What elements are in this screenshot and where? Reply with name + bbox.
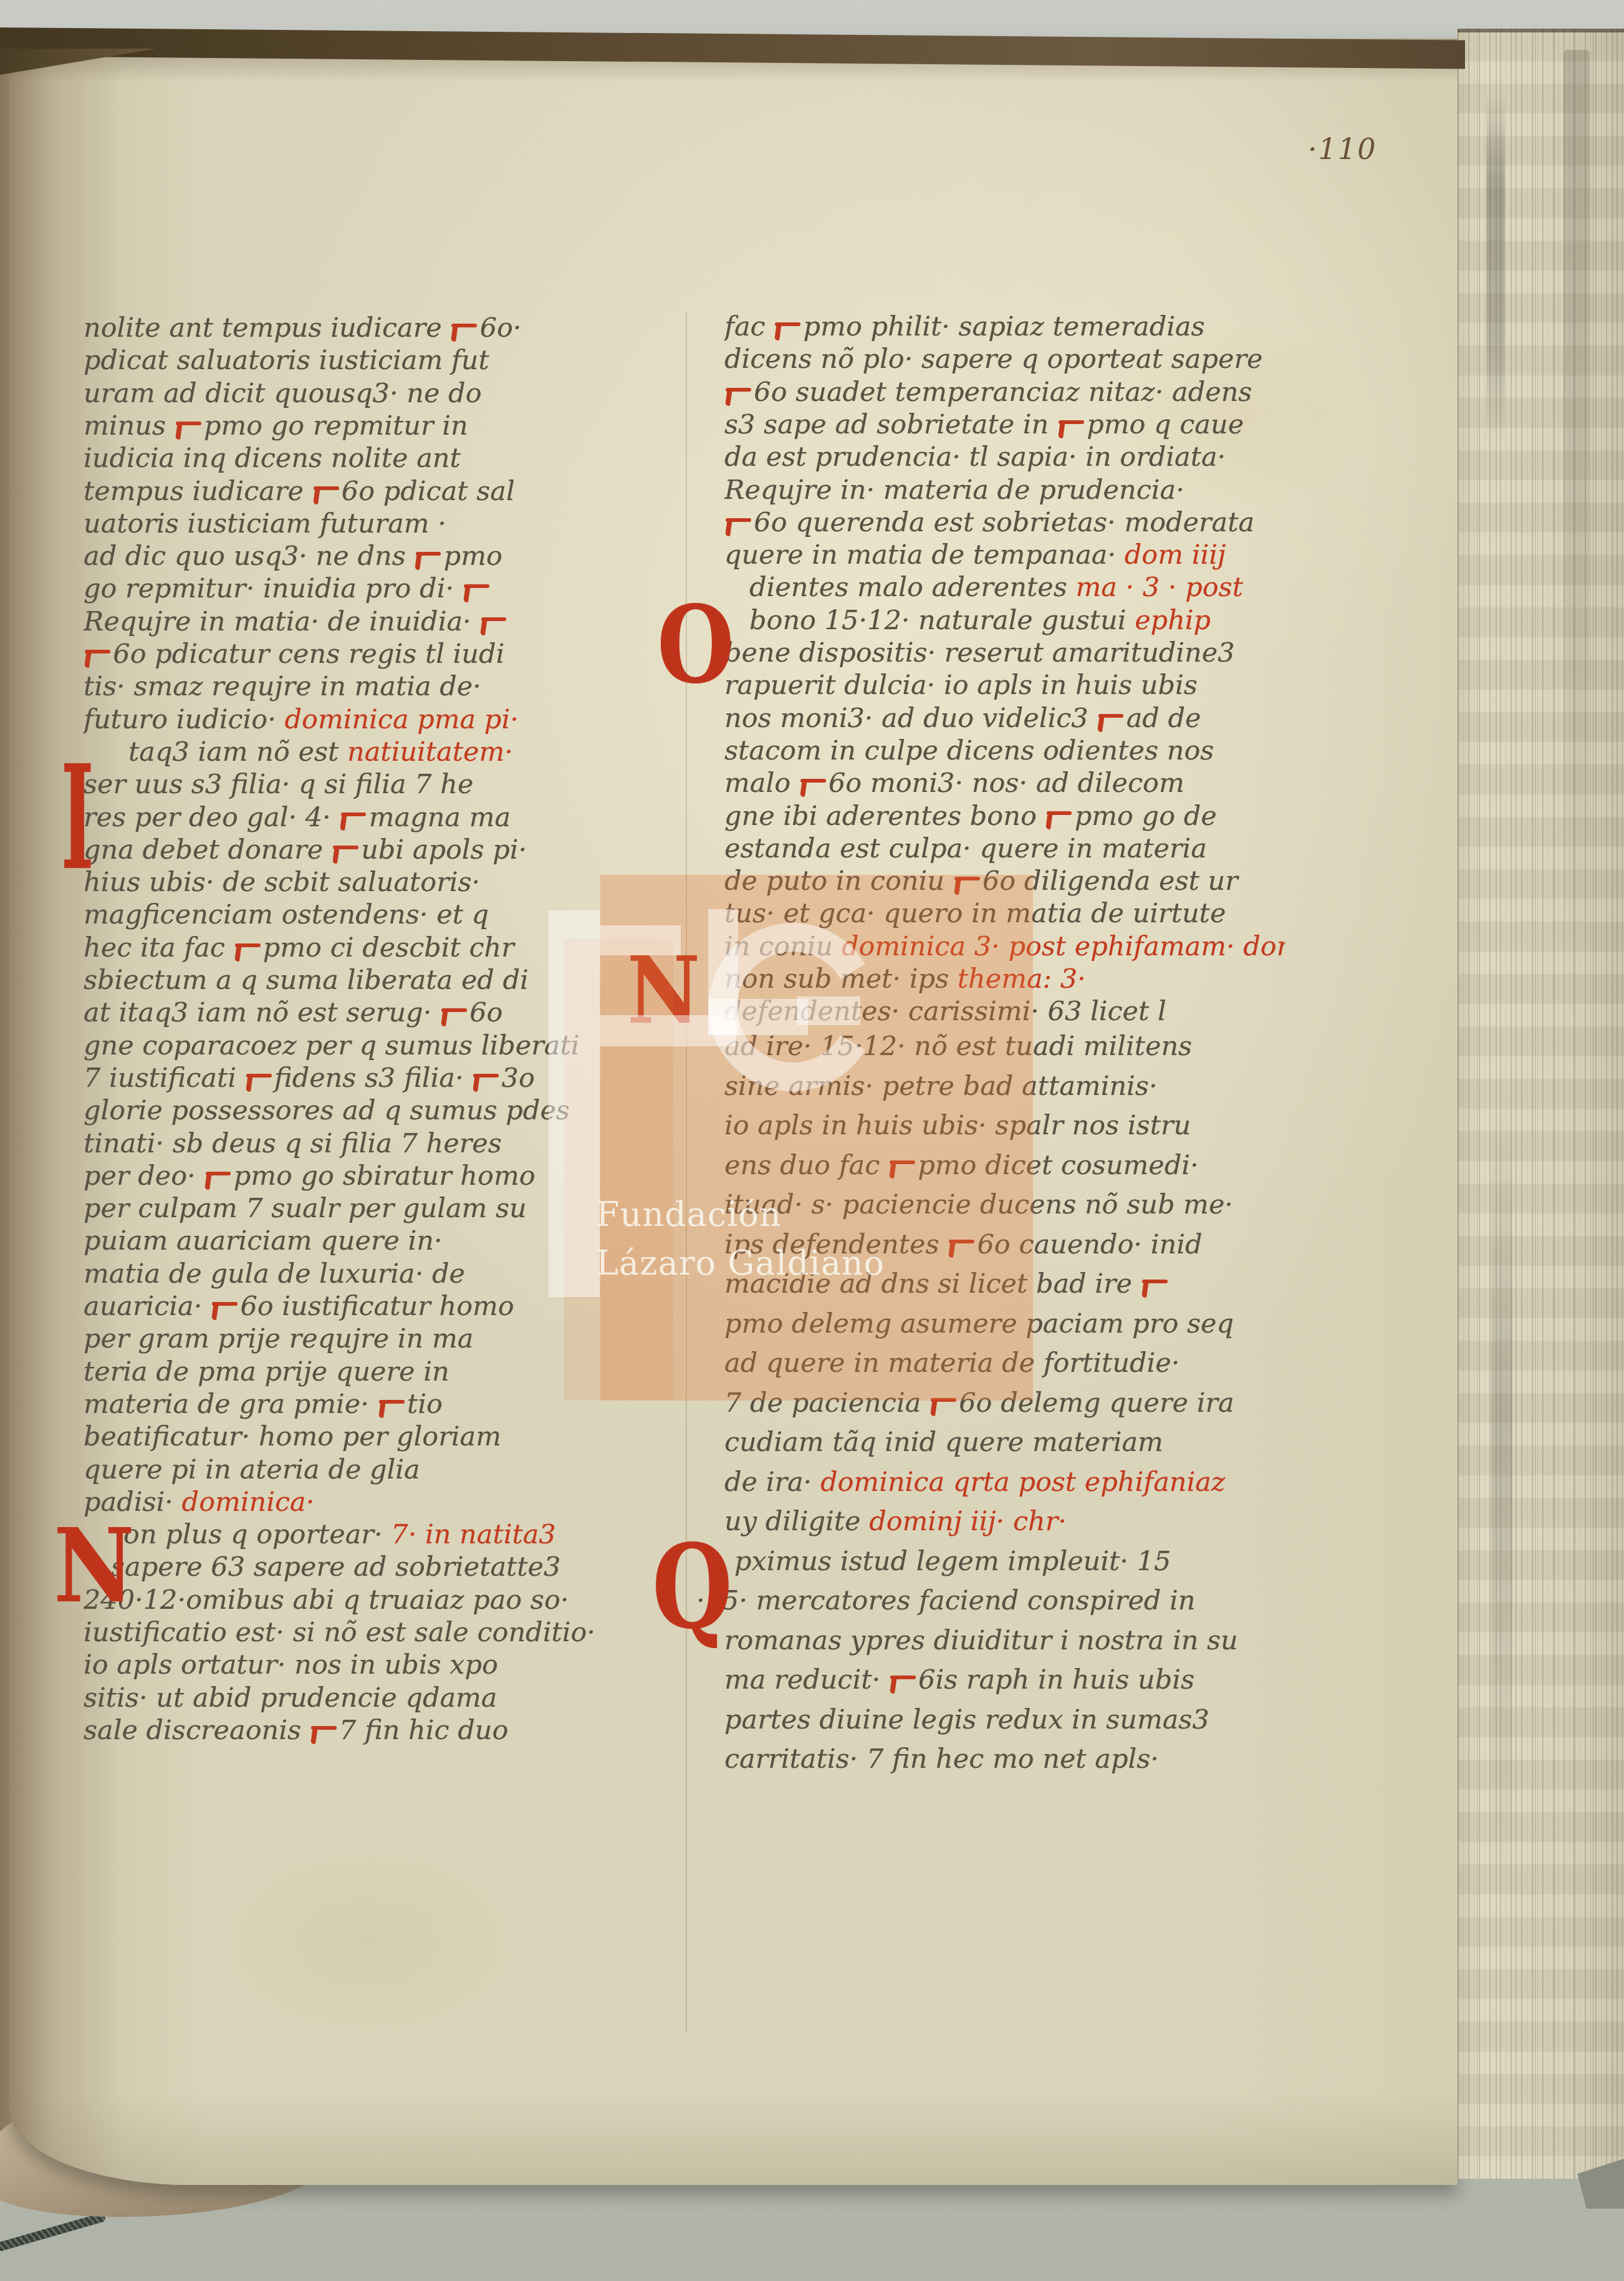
fore-edge-dark-streak (1564, 50, 1590, 985)
pilcrow-rubric-icon (890, 1160, 915, 1175)
ink-text: hec ita fac (84, 932, 234, 963)
ink-text: pmo go repmitur in (204, 410, 468, 441)
ink-text: 6o diligenda est ur (983, 866, 1238, 897)
manuscript-line: materia de gra pmie· tio (84, 1388, 645, 1420)
pilcrow-rubric-icon (726, 518, 751, 533)
ink-text: 6o iustificatur homo (240, 1291, 514, 1322)
ink-text: carritatis· 7 fin hec mo net apls· (724, 1743, 1159, 1775)
ink-text: stacom in culpe dicens odientes nos (724, 735, 1214, 766)
pilcrow-rubric-icon (311, 1726, 337, 1741)
ink-text: uatoris iusticiam futuram · (84, 508, 446, 539)
ink-text: tempus iudicare (84, 476, 312, 507)
ink-text: on plus q oportear· (123, 1519, 383, 1551)
pilcrow-rubric-icon (954, 877, 980, 892)
fore-edge-top-line (1458, 29, 1624, 32)
ink-text: sapere 63 sapere ad sobrietatte3 (111, 1551, 560, 1583)
pilcrow-rubric-icon (1098, 714, 1124, 729)
manuscript-line: minus pmo go repmitur in (84, 410, 645, 442)
manuscript-line: quere pi in ateria de glia (84, 1454, 645, 1486)
ink-text: in coniu (724, 931, 842, 962)
pilcrow-rubric-icon (176, 422, 201, 436)
ink-text: per gram prije requjre in ma (84, 1323, 473, 1354)
ink-text: 6o delemg quere ira (959, 1387, 1234, 1419)
manuscript-line: pximus istud legem impleuit· 15 (734, 1545, 1285, 1578)
manuscript-line: padisi· dominica· (84, 1486, 645, 1518)
ink-text: in matia· de inuidia· (191, 606, 479, 637)
ink-text: ubi apols pi· (361, 834, 527, 866)
manuscript-line: per culpam 7 sualr per gulam su (84, 1192, 645, 1225)
manuscript-line: tempus iudicare 6o pdicat sal (84, 475, 645, 508)
ink-text: de puto in coniu (724, 866, 953, 897)
ink-text: estanda est culpa· quere in materia (724, 833, 1207, 864)
folio-number: ·110 (1308, 132, 1377, 166)
ink-text: go repmitur· inuidia pro di· (84, 573, 463, 604)
ink-text: hius ubis· de scbit saluatoris· (84, 867, 480, 898)
rubric-text: dominica pma pi· (284, 704, 518, 735)
ink-text: 6o· (480, 312, 522, 344)
manuscript-line: ens duo fac pmo dicet cosumedi· (724, 1149, 1285, 1182)
ink-text: minus (84, 410, 175, 441)
manuscript-line: sapere 63 sapere ad sobrietatte3 (111, 1551, 645, 1583)
rubric-text: ma · 3 · post (1075, 572, 1243, 603)
pilcrow-rubric-icon (85, 650, 110, 665)
ink-text: iudicia inq dicens nolite ant (84, 443, 461, 474)
manuscript-line: sale discreaonis 7 fin hic duo (84, 1714, 645, 1747)
manuscript-line: ·15· mercatores faciend conspired in (696, 1584, 1285, 1617)
manuscript-line: da est prudencia· tl sapia· in ordiata· (724, 441, 1285, 473)
manuscript-line: 240·12·omibus abi q truaiaz pao so· (84, 1584, 645, 1616)
pilcrow-rubric-icon (314, 486, 339, 501)
ink-text: sine armis· petre bad attaminis· (724, 1071, 1158, 1102)
ink-text: pmo philit· sapiaz temeradias (804, 311, 1205, 342)
manuscript-line: per gram prije requjre in ma (84, 1323, 645, 1355)
ink-text: magna ma (369, 802, 511, 833)
fore-edge-dark-streak (1491, 1091, 1512, 1902)
manuscript-line: sine armis· petre bad attaminis· (724, 1070, 1285, 1102)
ink-text: tus· et gca· quero in matia de uirtute (724, 898, 1226, 929)
ink-text: rapuerit dulcia· io apls in huis ubis (724, 670, 1198, 701)
red-initial-letter: N (54, 1515, 135, 1617)
ink-text: sitis· ut abid prudencie qdama (84, 1682, 497, 1714)
ink-text: non sub met· ips (724, 963, 958, 995)
ink-text: 3o (502, 1063, 535, 1094)
manuscript-line: partes diuine legis redux in sumas3 (724, 1704, 1285, 1736)
ink-text: glorie possessores ad q sumus pdes (84, 1095, 570, 1126)
manuscript-line: gna debet donare ubi apols pi· (84, 834, 645, 866)
manuscript-line: carritatis· 7 fin hec mo net apls· (724, 1743, 1285, 1775)
ink-text: magficenciam ostendens· et q (84, 899, 489, 930)
ink-text: ad de (1127, 703, 1201, 734)
manuscript-line: res per deo gal· 4· magna ma (84, 801, 645, 834)
ink-text: gne coparacoez per q sumus liberati (84, 1030, 579, 1061)
rubric-text: thema: 3· (958, 963, 1086, 995)
ink-text: at itaq3 iam nõ est serug· (84, 997, 440, 1028)
manuscript-line: sbiectum a q suma liberata ed di (84, 964, 645, 996)
red-initial-letter: N (627, 945, 700, 1037)
pilcrow-rubric-icon (206, 1172, 231, 1187)
manuscript-line: de ira· dominica qrta post ephifaniaz (724, 1466, 1285, 1498)
ink-text: quere pi in ateria de glia (84, 1454, 420, 1485)
pilcrow-rubric-icon (931, 1398, 956, 1413)
ink-text: pmo delemg asumere paciam pro seq (724, 1308, 1234, 1339)
manuscript-line: estanda est culpa· quere in materia (724, 832, 1285, 865)
ink-text: matia de gula de luxuria· de (84, 1258, 465, 1290)
pilcrow-rubric-icon (212, 1302, 238, 1317)
ink-text: 6o querenda est sobrietas· moderata (754, 507, 1254, 538)
manuscript-line: 7 iustificati fidens s3 filia· 3o (84, 1062, 645, 1094)
ink-text: 6o pdicatur cens regis tl iudi (113, 639, 504, 670)
manuscript-line: quere in matia de tempanaa· dom iiij (724, 539, 1285, 571)
manuscript-line: bene dispositis· reserut amaritudine3 (724, 637, 1285, 669)
manuscript-line: matia de gula de luxuria· de (84, 1258, 645, 1290)
manuscript-line: fac pmo philit· sapiaz temeradias (724, 311, 1285, 343)
manuscript-line: nos moni3· ad duo videlic3 ad de (724, 702, 1285, 735)
pilcrow-rubric-icon (379, 1400, 405, 1415)
ink-text: malo (724, 768, 799, 799)
ink-text: pmo go de (1075, 801, 1217, 832)
manuscript-line: ser uus s3 filia· q si filia 7 he (84, 768, 645, 801)
ink-text: 7 iustificati (84, 1063, 245, 1094)
ink-text: in· materia de prudencia· (832, 475, 1184, 506)
ink-text: da est prudencia· tl sapia· in ordiata· (724, 441, 1226, 473)
manuscript-line: malo 6o moni3· nos· ad dilecom (724, 767, 1285, 799)
ink-text: taq3 iam nõ est (128, 736, 347, 768)
manuscript-line: stacom in culpe dicens odientes nos (724, 735, 1285, 767)
manuscript-line: magficenciam ostendens· et q (84, 899, 645, 931)
ink-text: io apls ortatur· nos in ubis xpo (84, 1649, 498, 1681)
ink-text: fac (724, 311, 774, 342)
pilcrow-rubric-icon (800, 779, 826, 794)
ink-text: io apls in huis ubis· spalr nos istru (724, 1110, 1191, 1141)
ink-text: pmo ci descbit chr (263, 932, 514, 963)
pilcrow-rubric-icon (235, 943, 261, 958)
ink-text: ad ire· 15·12· nõ est tuadi militens (724, 1031, 1192, 1062)
manuscript-line: 6o pdicatur cens regis tl iudi (84, 638, 645, 670)
manuscript-line: defendentes· carissimi· 63 licet l (724, 995, 1285, 1028)
pilcrow-rubric-icon (949, 1240, 974, 1255)
manuscript-line: in coniu dominica 3· post ephifamam· dom (724, 930, 1285, 963)
ink-text: gne ibi aderentes bono (724, 801, 1045, 832)
manuscript-line: hec ita fac pmo ci descbit chr (84, 932, 645, 964)
manuscript-line: uy diligite dominj iij· chr· (724, 1505, 1285, 1538)
ink-text: cudiam tãq inid quere materiam (724, 1427, 1163, 1458)
manuscript-line: de puto in coniu 6o diligenda est ur (724, 865, 1285, 897)
manuscript-line: bono 15·12· naturale gustui ephip (749, 604, 1285, 637)
manuscript-line: rapuerit dulcia· io apls in huis ubis (724, 669, 1285, 702)
ink-text: res per deo gal· 4· (84, 802, 339, 833)
ink-text: puiam auariciam quere in· (84, 1225, 443, 1256)
fore-edge-dark-streak (1486, 94, 1505, 443)
manuscript-line: ad dic quo usq3· ne dns pmo (84, 540, 645, 572)
ink-text: 6is raph in huis ubis (918, 1664, 1194, 1695)
manuscript-line: per deo· pmo go sbiratur homo (84, 1160, 645, 1192)
ink-text: sbiectum a q suma liberata ed di (84, 965, 529, 996)
manuscript-line: taq3 iam nõ est natiuitatem· (128, 736, 645, 768)
ink-text: 6o cauendo· inid (977, 1229, 1202, 1260)
ink-text: auaricia· (84, 1291, 211, 1322)
rubric-text: ephip (1135, 605, 1211, 636)
manuscript-line: ips defendentes 6o cauendo· inid (724, 1228, 1285, 1261)
fore-edge-striations (1458, 29, 1624, 2179)
ink-text: tis· smaz requjre in matia de· (84, 671, 481, 702)
ink-text: uy diligite (724, 1506, 869, 1537)
ink-text: beatificatur· homo per gloriam (84, 1421, 501, 1452)
ink-text: defendentes· carissimi· 63 licet l (724, 996, 1166, 1027)
ink-text: Requjre (724, 475, 832, 506)
manuscript-line: ma reducit· 6is raph in huis ubis (724, 1664, 1285, 1696)
manuscript-line: hius ubis· de scbit saluatoris· (84, 866, 645, 899)
manuscript-line: macidie ad dns si licet bad ire (724, 1268, 1285, 1300)
ink-text: nos moni3· ad duo videlic3 (724, 703, 1097, 734)
ink-text: s3 sape ad sobrietate in (724, 409, 1057, 440)
ink-text: 6o moni3· nos· ad dilecom (829, 768, 1184, 799)
ink-text: 6o suadet temperanciaz nitaz· adens (754, 377, 1252, 408)
manuscript-line: romanas ypres diuiditur i nostra in su (724, 1624, 1285, 1657)
ink-text: romanas ypres diuiditur i nostra in su (724, 1625, 1238, 1656)
ink-text: bene dispositis· reserut amaritudine3 (724, 637, 1235, 668)
red-initial-letter: I (61, 747, 94, 891)
rubric-text: dom iiij (1125, 539, 1226, 571)
rubric-text: dominica 3· post ephifamam· dom (842, 931, 1285, 962)
ink-text: pmo dicet cosumedi· (918, 1150, 1199, 1181)
pilcrow-rubric-icon (1142, 1280, 1168, 1295)
manuscript-line: teria de pma prije quere in (84, 1356, 645, 1388)
manuscript-line: s3 sape ad sobrietate in pmo q caue (724, 408, 1285, 441)
ink-text: quere in matia de tempanaa· (724, 539, 1125, 571)
manuscript-line: ituad· s· paciencie ducens nõ sub me· (724, 1189, 1285, 1221)
ink-text: per culpam 7 sualr per gulam su (84, 1193, 527, 1224)
ink-text: ips defendentes (724, 1229, 948, 1260)
ink-text: pximus istud legem impleuit· 15 (734, 1546, 1171, 1577)
ink-text: gna debet donare (84, 834, 332, 866)
ink-text: ad quere in materia de fortitudie· (724, 1348, 1180, 1379)
column-ruling-line (686, 312, 687, 2033)
manuscript-line: io apls in huis ubis· spalr nos istru (724, 1109, 1285, 1142)
manuscript-photo: ·110 nolite ant tempus iudicare 6o·pdica… (0, 0, 1624, 2281)
ink-text: ·15· mercatores faciend conspired in (696, 1585, 1196, 1616)
manuscript-line: ad quere in materia de fortitudie· (724, 1347, 1285, 1379)
ink-text: Requjre (84, 606, 191, 638)
red-initial-letter: Q (652, 1529, 733, 1644)
binding-tie-cord (0, 2212, 107, 2252)
rubric-text: dominica qrta post ephifaniaz (820, 1467, 1226, 1498)
manuscript-line: dicens nõ plo· sapere q oporteat sapere (724, 343, 1285, 375)
pilcrow-rubric-icon (464, 584, 489, 599)
ink-text: fidens s3 filia· (274, 1063, 472, 1094)
ink-text: bono 15·12· naturale gustui (749, 605, 1135, 636)
manuscript-line: pmo delemg asumere paciam pro seq (724, 1308, 1285, 1340)
manuscript-line: beatificatur· homo per gloriam (84, 1420, 645, 1453)
pilcrow-rubric-icon (416, 552, 441, 567)
manuscript-line: 7 de paciencia 6o delemg quere ira (724, 1387, 1285, 1419)
ink-text: pdicat saluatoris iusticiam fut (84, 345, 489, 376)
ink-text: tio (407, 1389, 443, 1420)
ink-text: iustificatio est· si nõ est sale conditi… (84, 1617, 595, 1648)
ink-text: teria de pma prije quere in (84, 1356, 449, 1387)
ink-text: ituad· s· paciencie ducens nõ sub me· (724, 1189, 1233, 1220)
pilcrow-rubric-icon (481, 617, 507, 632)
manuscript-line: on plus q oportear· 7· in natita3 (123, 1518, 645, 1551)
pilcrow-rubric-icon (775, 322, 800, 337)
manuscript-line: iudicia inq dicens nolite ant (84, 442, 645, 475)
manuscript-line: non sub met· ips thema: 3· (724, 963, 1285, 995)
ink-text: 7 de paciencia (724, 1387, 930, 1419)
manuscript-line: auaricia· 6o iustificatur homo (84, 1290, 645, 1323)
ink-text: partes diuine legis redux in sumas3 (724, 1704, 1209, 1735)
ink-text: pmo go sbiratur homo (234, 1160, 536, 1192)
ink-text: de ira· (724, 1467, 820, 1498)
manuscript-line: tis· smaz requjre in matia de· (84, 670, 645, 703)
manuscript-line: puiam auariciam quere in· (84, 1225, 645, 1257)
manuscript-line: Requjre in· materia de prudencia· (724, 474, 1285, 506)
pilcrow-rubric-icon (333, 846, 358, 861)
manuscript-line: gne coparacoez per q sumus liberati (84, 1030, 645, 1062)
ink-text: tinati· sb deus q si filia 7 heres (84, 1128, 502, 1159)
ink-text: sale discreaonis (84, 1715, 310, 1746)
pilcrow-rubric-icon (341, 813, 367, 827)
ink-text: pmo q caue (1087, 409, 1244, 440)
manuscript-line: uatoris iusticiam futuram · (84, 508, 645, 540)
rubric-text: 7· in natita3 (383, 1519, 556, 1550)
manuscript-line: io apls ortatur· nos in ubis xpo (84, 1649, 645, 1681)
manuscript-line: gne ibi aderentes bono pmo go de (724, 800, 1285, 832)
rubric-text: dominica· (182, 1487, 315, 1518)
rubric-text: natiuitatem· (347, 736, 513, 768)
ink-text: nolite ant tempus iudicare (84, 312, 450, 344)
ink-text: ma reducit· (724, 1664, 889, 1695)
pilcrow-rubric-icon (726, 388, 751, 403)
ink-text: uram ad dicit quousq3· ne do (84, 378, 482, 409)
pilcrow-rubric-icon (473, 1074, 499, 1089)
ink-text: 7 fin hic duo (339, 1715, 508, 1746)
pilcrow-rubric-icon (451, 324, 477, 339)
ink-text: 240·12·omibus abi q truaiaz pao so· (84, 1584, 569, 1616)
pilcrow-rubric-icon (1059, 420, 1084, 435)
ink-text: 6o (469, 997, 502, 1028)
ink-text: dientes malo aderentes (749, 572, 1075, 604)
pilcrow-rubric-icon (246, 1074, 272, 1089)
ink-text: ser uus s3 filia· q si filia 7 he (84, 769, 473, 800)
manuscript-line: ad ire· 15·12· nõ est tuadi militens (724, 1030, 1285, 1063)
manuscript-line: nolite ant tempus iudicare 6o· (84, 312, 645, 344)
rubric-text: dominj iij· chr· (869, 1506, 1067, 1537)
manuscript-line: at itaq3 iam nõ est serug· 6o (84, 996, 645, 1029)
manuscript-line: go repmitur· inuidia pro di· (84, 572, 645, 605)
ink-text: dicens nõ plo· sapere q oporteat sapere (724, 344, 1262, 375)
manuscript-line: sitis· ut abid prudencie qdama (84, 1682, 645, 1714)
paper-stain (206, 1840, 530, 2045)
ink-text: 6o pdicat sal (342, 476, 515, 507)
ink-text: per deo· (84, 1160, 204, 1192)
ink-text: futuro iudicio· (84, 704, 284, 735)
pilcrow-rubric-icon (1047, 811, 1072, 826)
red-initial-letter: O (657, 592, 734, 698)
manuscript-line: 6o querenda est sobrietas· moderata (724, 506, 1285, 539)
manuscript-line: tus· et gca· quero in matia de uirtute (724, 897, 1285, 930)
pilcrow-rubric-icon (441, 1008, 467, 1023)
ink-text: ad dic quo usq3· ne dns (84, 541, 414, 572)
ink-text: pmo (444, 541, 502, 572)
manuscript-line: iustificatio est· si nõ est sale conditi… (84, 1616, 645, 1649)
manuscript-line: 6o suadet temperanciaz nitaz· adens (724, 376, 1285, 408)
ink-text: ens duo fac (724, 1150, 888, 1181)
manuscript-line: Requjre in matia· de inuidia· (84, 605, 645, 638)
ink-text: materia de gra pmie· (84, 1389, 378, 1420)
manuscript-line: cudiam tãq inid quere materiam (724, 1426, 1285, 1459)
manuscript-line: glorie possessores ad q sumus pdes (84, 1094, 645, 1127)
manuscript-line: pdicat saluatoris iusticiam fut (84, 344, 645, 377)
manuscript-line: tinati· sb deus q si filia 7 heres (84, 1127, 645, 1160)
manuscript-line: uram ad dicit quousq3· ne do (84, 377, 645, 410)
ink-text: macidie ad dns si licet bad ire (724, 1268, 1141, 1300)
pilcrow-rubric-icon (890, 1676, 916, 1690)
manuscript-line: dientes malo aderentes ma · 3 · post (749, 571, 1285, 604)
fore-edge-page-stack (1458, 29, 1624, 2179)
manuscript-line: futuro iudicio· dominica pma pi· (84, 703, 645, 736)
